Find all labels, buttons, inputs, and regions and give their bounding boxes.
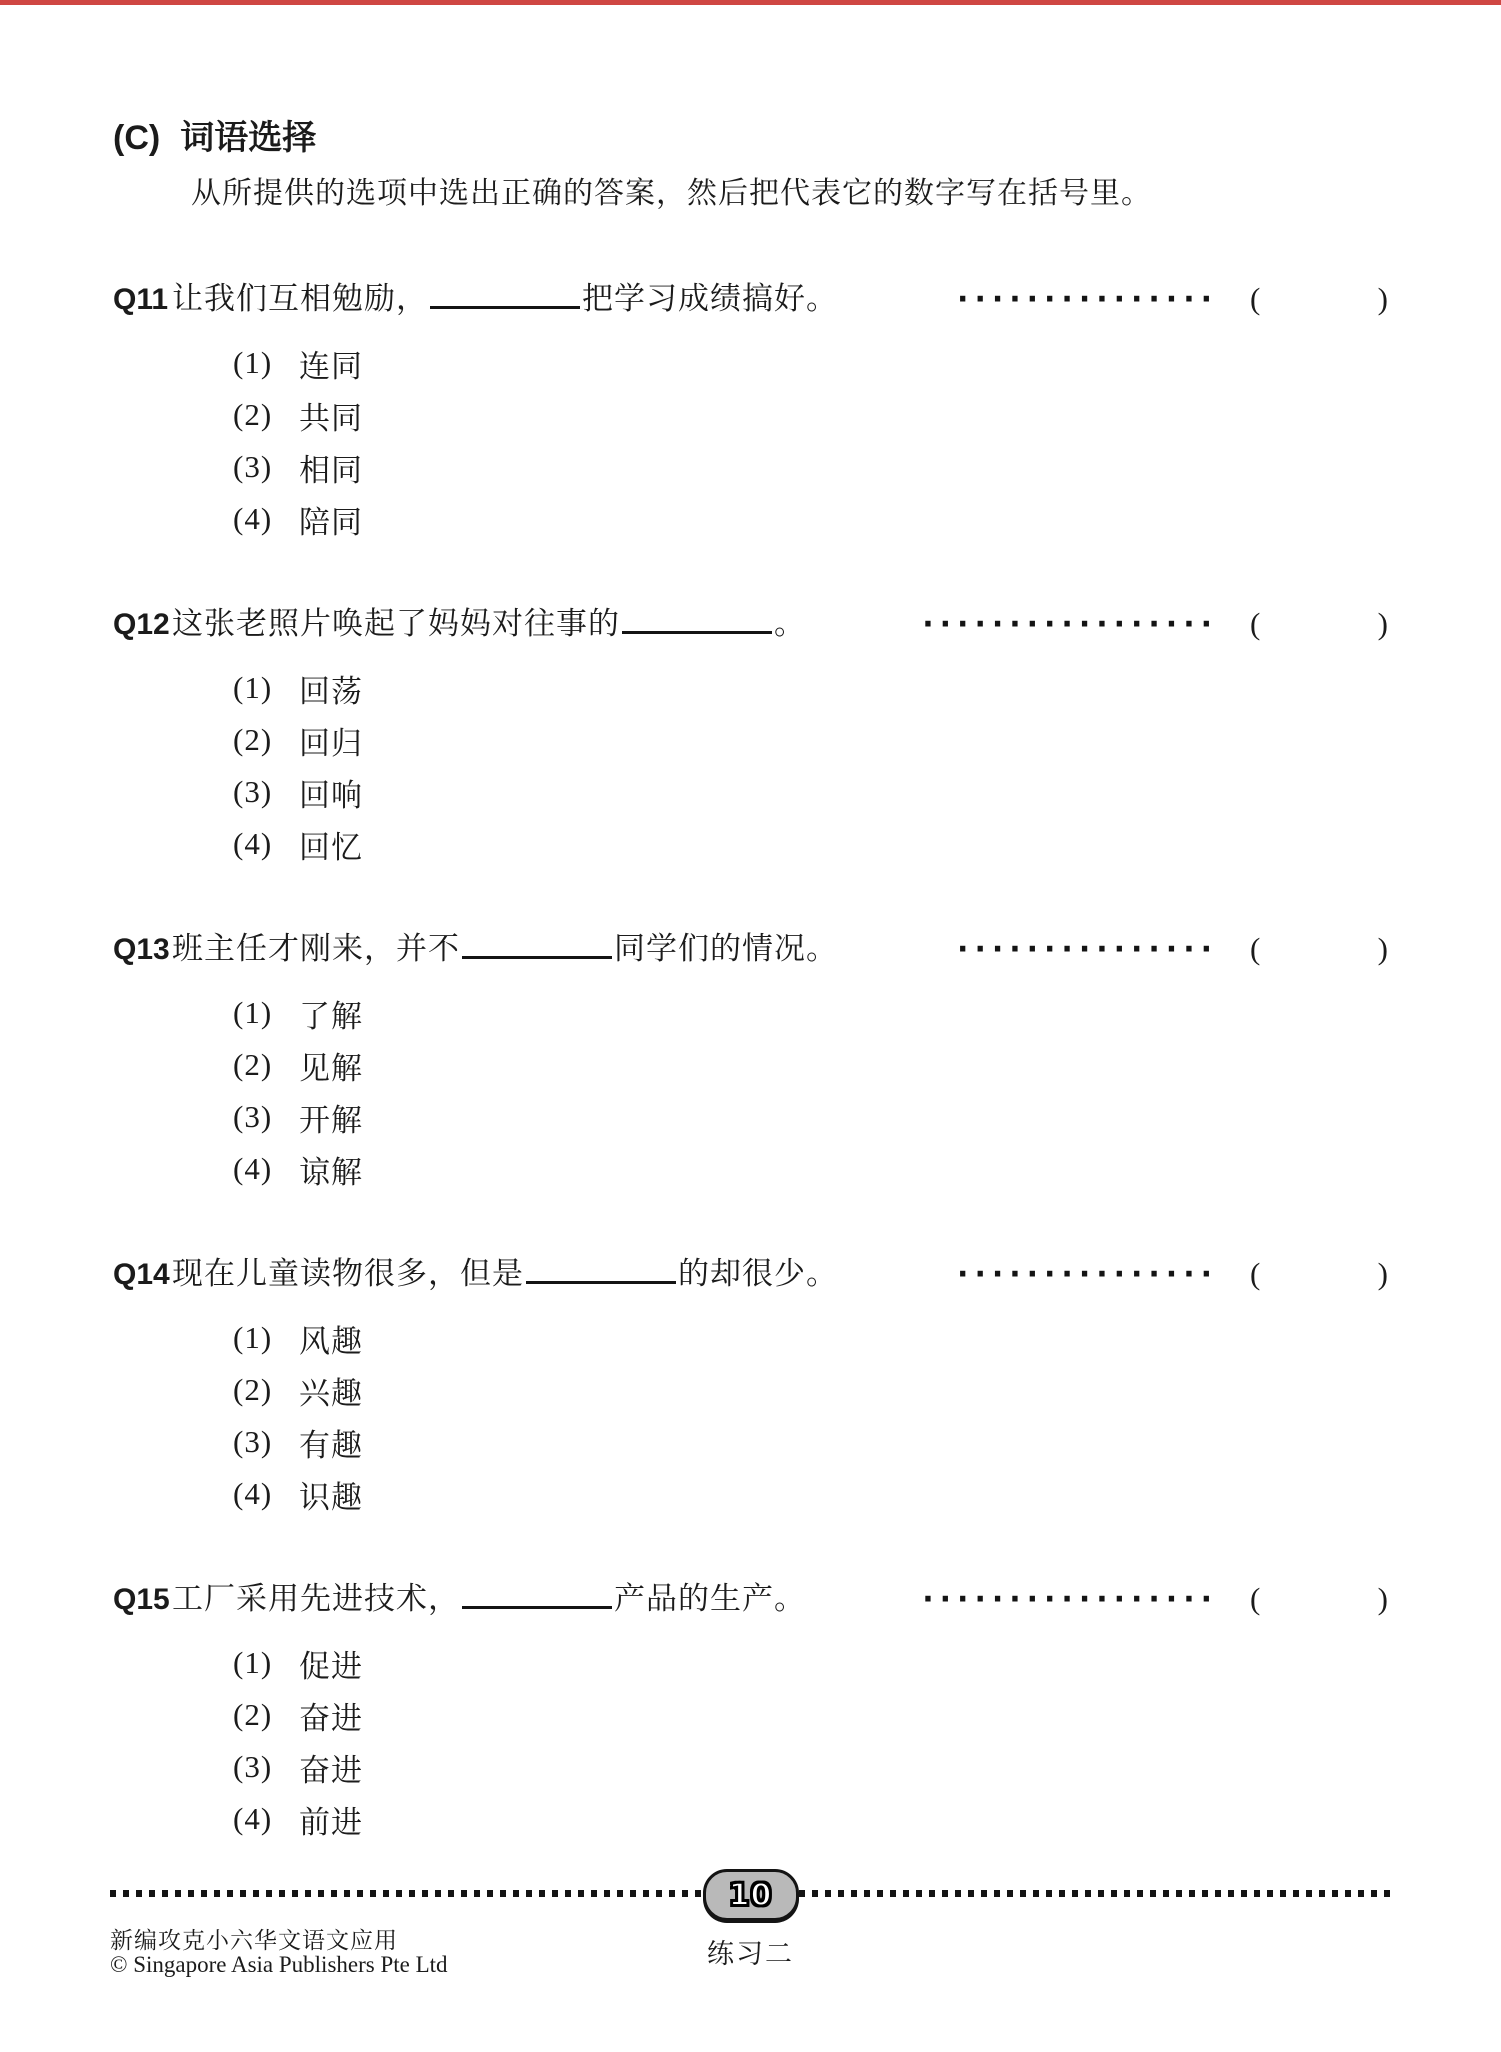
option-number: (3)	[233, 774, 283, 810]
page-number-badge: 10	[703, 1869, 799, 1921]
option-number: (1)	[233, 345, 283, 381]
option-text: 奋进	[299, 1693, 363, 1738]
answer-brackets: ( )	[1250, 603, 1388, 645]
question-block: Q14 现在儿童读物很多，但是的却很少。 ··············· ( )…	[113, 1251, 1388, 1520]
sentence-before-blank: 现在儿童读物很多，但是	[172, 1256, 524, 1291]
option-text: 风趣	[299, 1316, 363, 1361]
option-row: (2) 回归	[233, 714, 1388, 766]
question-sentence: 班主任才刚来，并不同学们的情况。	[172, 926, 838, 970]
option-text: 回响	[299, 770, 363, 815]
option-number: (1)	[233, 995, 283, 1031]
option-text: 识趣	[299, 1472, 363, 1517]
question-number: Q12	[113, 604, 172, 646]
option-list: (1) 了解 (2) 见解 (3) 开解 (4) 谅解	[233, 987, 1388, 1195]
sentence-before-blank: 工厂采用先进技术，	[172, 1581, 460, 1616]
question-number: Q14	[113, 1254, 172, 1296]
question-sentence: 现在儿童读物很多，但是的却很少。	[172, 1251, 838, 1295]
answer-bracket-close: )	[1378, 278, 1388, 320]
option-text: 前进	[299, 1797, 363, 1842]
option-number: (1)	[233, 1645, 283, 1681]
answer-bracket-open: (	[1250, 1578, 1260, 1620]
option-number: (2)	[233, 1697, 283, 1733]
dotted-leader: ·················	[922, 1579, 1218, 1621]
option-row: (3) 相同	[233, 441, 1388, 493]
option-text: 奋进	[299, 1745, 363, 1790]
answer-bracket-close: )	[1378, 1253, 1388, 1295]
option-number: (2)	[233, 397, 283, 433]
option-number: (1)	[233, 1320, 283, 1356]
option-row: (1) 风趣	[233, 1312, 1388, 1364]
blank-line	[622, 601, 772, 634]
blank-line	[526, 1251, 676, 1284]
option-text: 连同	[299, 341, 363, 386]
blank-line	[462, 926, 612, 959]
answer-bracket-close: )	[1378, 928, 1388, 970]
option-number: (4)	[233, 1801, 283, 1837]
question-list: Q11 让我们互相勉励，把学习成绩搞好。 ··············· ( )…	[113, 276, 1388, 1845]
option-row: (4) 前进	[233, 1793, 1388, 1845]
sentence-after-blank: 。	[774, 606, 806, 641]
option-text: 了解	[299, 991, 363, 1036]
option-number: (3)	[233, 449, 283, 485]
answer-brackets: ( )	[1250, 1578, 1388, 1620]
question-line: Q14 现在儿童读物很多，但是的却很少。 ··············· ( )	[113, 1251, 1388, 1296]
option-row: (2) 见解	[233, 1039, 1388, 1091]
option-row: (3) 有趣	[233, 1416, 1388, 1468]
option-text: 促进	[299, 1641, 363, 1686]
page-number: 10	[729, 1878, 773, 1913]
sentence-before-blank: 班主任才刚来，并不	[172, 931, 460, 966]
copyright-notice: © Singapore Asia Publishers Pte Ltd	[110, 1952, 448, 1978]
book-title: 新编攻克小六华文语文应用	[110, 1922, 398, 1955]
section-header: (C) 词语选择	[113, 118, 1388, 159]
sentence-before-blank: 这张老照片唤起了妈妈对往事的	[172, 606, 620, 641]
option-row: (2) 奋进	[233, 1689, 1388, 1741]
option-text: 回归	[299, 718, 363, 763]
option-text: 有趣	[299, 1420, 363, 1465]
option-text: 见解	[299, 1043, 363, 1088]
option-row: (2) 共同	[233, 389, 1388, 441]
section-label: (C)	[113, 118, 160, 159]
option-number: (3)	[233, 1424, 283, 1460]
exercise-label: 练习二	[707, 1932, 794, 1971]
option-row: (3) 开解	[233, 1091, 1388, 1143]
option-number: (2)	[233, 1372, 283, 1408]
option-list: (1) 回荡 (2) 回归 (3) 回响 (4) 回忆	[233, 662, 1388, 870]
option-row: (2) 兴趣	[233, 1364, 1388, 1416]
answer-bracket-open: (	[1250, 928, 1260, 970]
option-row: (4) 回忆	[233, 818, 1388, 870]
question-block: Q15 工厂采用先进技术，产品的生产。 ················· ( …	[113, 1576, 1388, 1845]
sentence-before-blank: 让我们互相勉励，	[172, 281, 428, 316]
option-row: (1) 回荡	[233, 662, 1388, 714]
page-top-edge	[0, 0, 1501, 5]
blank-line	[430, 276, 580, 309]
option-text: 相同	[299, 445, 363, 490]
option-text: 回忆	[299, 822, 363, 867]
question-block: Q11 让我们互相勉励，把学习成绩搞好。 ··············· ( )…	[113, 276, 1388, 545]
dotted-leader: ···············	[957, 279, 1218, 321]
option-row: (4) 陪同	[233, 493, 1388, 545]
sentence-after-blank: 把学习成绩搞好。	[582, 281, 838, 316]
question-line: Q15 工厂采用先进技术，产品的生产。 ················· ( …	[113, 1576, 1388, 1621]
option-number: (3)	[233, 1099, 283, 1135]
dotted-leader: ···············	[957, 929, 1218, 971]
answer-brackets: ( )	[1250, 928, 1388, 970]
option-number: (1)	[233, 670, 283, 706]
dotted-leader: ·················	[922, 604, 1218, 646]
sentence-after-blank: 产品的生产。	[614, 1581, 806, 1616]
option-list: (1) 连同 (2) 共同 (3) 相同 (4) 陪同	[233, 337, 1388, 545]
question-block: Q12 这张老照片唤起了妈妈对往事的。 ················· ( …	[113, 601, 1388, 870]
option-text: 谅解	[299, 1147, 363, 1192]
option-text: 开解	[299, 1095, 363, 1140]
option-list: (1) 促进 (2) 奋进 (3) 奋进 (4) 前进	[233, 1637, 1388, 1845]
question-number: Q15	[113, 1579, 172, 1621]
option-number: (4)	[233, 826, 283, 862]
blank-line	[462, 1576, 612, 1609]
option-text: 共同	[299, 393, 363, 438]
option-row: (4) 谅解	[233, 1143, 1388, 1195]
option-row: (1) 连同	[233, 337, 1388, 389]
option-number: (2)	[233, 722, 283, 758]
instruction-text: 从所提供的选项中选出正确的答案，然后把代表它的数字写在括号里。	[191, 175, 1388, 213]
option-number: (2)	[233, 1047, 283, 1083]
option-text: 陪同	[299, 497, 363, 542]
question-block: Q13 班主任才刚来，并不同学们的情况。 ··············· ( )…	[113, 926, 1388, 1195]
option-row: (3) 奋进	[233, 1741, 1388, 1793]
option-row: (1) 促进	[233, 1637, 1388, 1689]
question-sentence: 让我们互相勉励，把学习成绩搞好。	[172, 276, 838, 320]
question-sentence: 工厂采用先进技术，产品的生产。	[172, 1576, 806, 1620]
question-number: Q13	[113, 929, 172, 971]
worksheet-page: (C) 词语选择 从所提供的选项中选出正确的答案，然后把代表它的数字写在括号里。…	[0, 0, 1501, 1845]
question-line: Q12 这张老照片唤起了妈妈对往事的。 ················· ( …	[113, 601, 1388, 646]
sentence-after-blank: 的却很少。	[678, 1256, 838, 1291]
question-line: Q13 班主任才刚来，并不同学们的情况。 ··············· ( )	[113, 926, 1388, 971]
answer-brackets: ( )	[1250, 278, 1388, 320]
question-sentence: 这张老照片唤起了妈妈对往事的。	[172, 601, 806, 645]
option-number: (4)	[233, 1151, 283, 1187]
option-number: (4)	[233, 1476, 283, 1512]
option-text: 回荡	[299, 666, 363, 711]
option-row: (3) 回响	[233, 766, 1388, 818]
question-line: Q11 让我们互相勉励，把学习成绩搞好。 ··············· ( )	[113, 276, 1388, 321]
option-number: (4)	[233, 501, 283, 537]
answer-bracket-close: )	[1378, 1578, 1388, 1620]
question-number: Q11	[113, 279, 172, 321]
answer-brackets: ( )	[1250, 1253, 1388, 1295]
option-text: 兴趣	[299, 1368, 363, 1413]
option-row: (4) 识趣	[233, 1468, 1388, 1520]
answer-bracket-close: )	[1378, 603, 1388, 645]
option-row: (1) 了解	[233, 987, 1388, 1039]
sentence-after-blank: 同学们的情况。	[614, 931, 838, 966]
option-number: (3)	[233, 1749, 283, 1785]
answer-bracket-open: (	[1250, 278, 1260, 320]
dotted-leader: ···············	[957, 1254, 1218, 1296]
answer-bracket-open: (	[1250, 1253, 1260, 1295]
option-list: (1) 风趣 (2) 兴趣 (3) 有趣 (4) 识趣	[233, 1312, 1388, 1520]
answer-bracket-open: (	[1250, 603, 1260, 645]
section-title: 词语选择	[180, 118, 316, 159]
